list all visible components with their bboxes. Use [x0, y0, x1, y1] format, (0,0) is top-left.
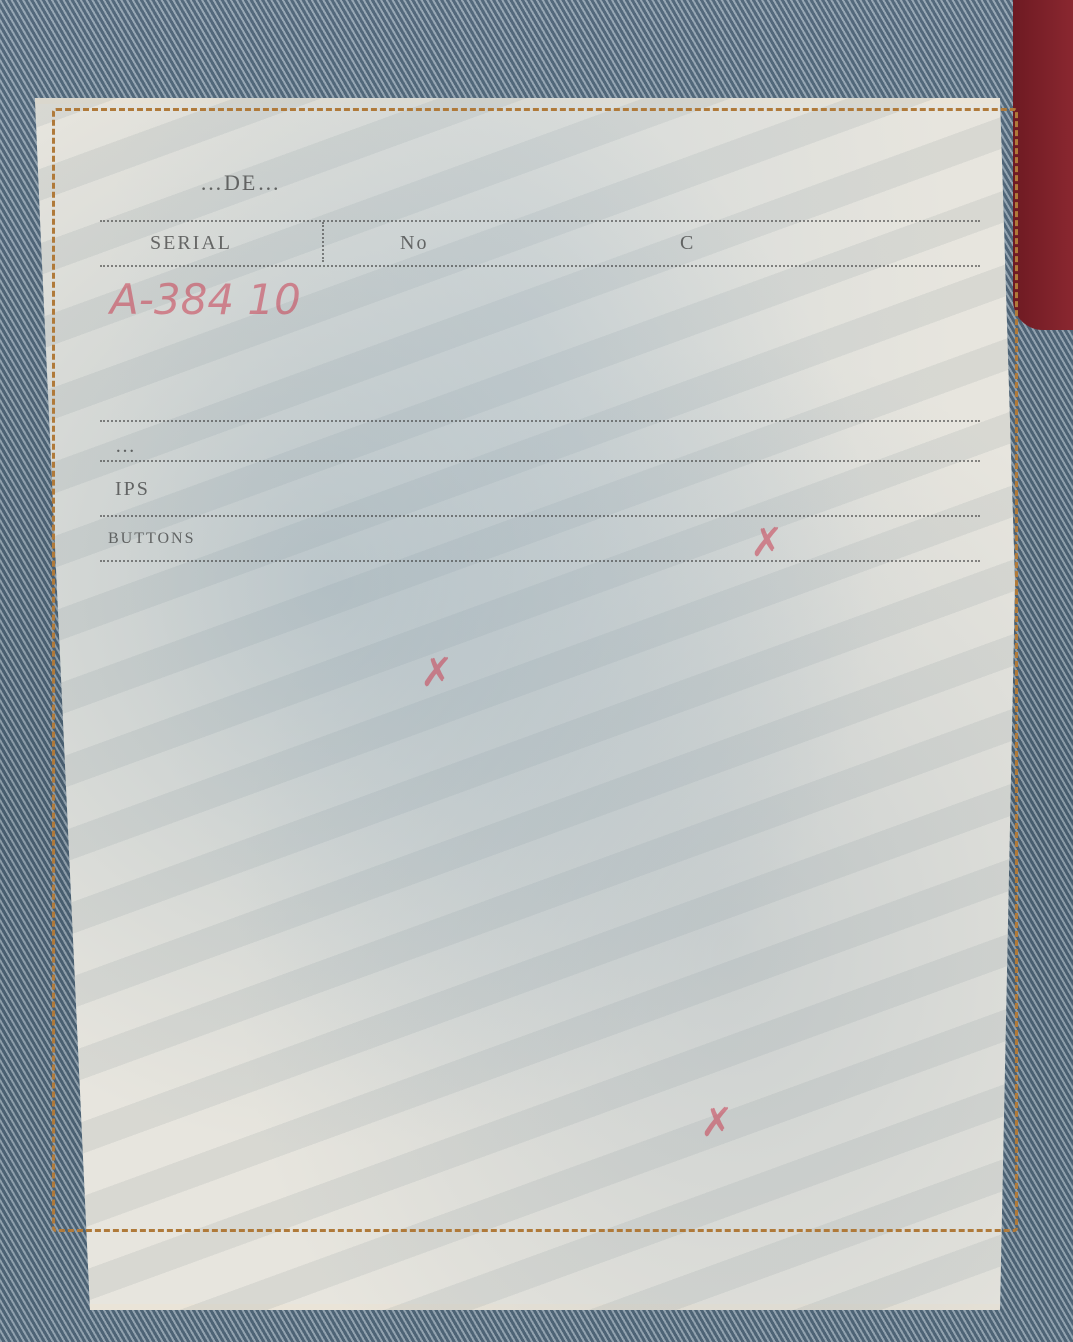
row-ips: IPS	[115, 478, 150, 501]
column-serial: SERIAL	[150, 232, 232, 255]
column-no: No	[400, 232, 428, 255]
row-label: …	[115, 435, 137, 458]
handwritten-mark: ✗	[700, 1100, 734, 1146]
handwritten-mark: ✗	[420, 650, 454, 696]
table-rule	[100, 515, 980, 517]
table-rule	[100, 420, 980, 422]
column-c: C	[680, 232, 695, 255]
table-rule	[100, 220, 980, 222]
handwritten-serial: A-384 10	[110, 275, 301, 324]
label-header: …DE…	[200, 170, 281, 196]
table-rule	[100, 560, 980, 562]
table-rule	[100, 460, 980, 462]
row-buttons: BUTTONS	[108, 530, 196, 548]
handwritten-mark: ✗	[750, 520, 784, 566]
column-divider	[322, 222, 324, 262]
table-rule	[100, 265, 980, 267]
red-lining	[1013, 0, 1073, 330]
